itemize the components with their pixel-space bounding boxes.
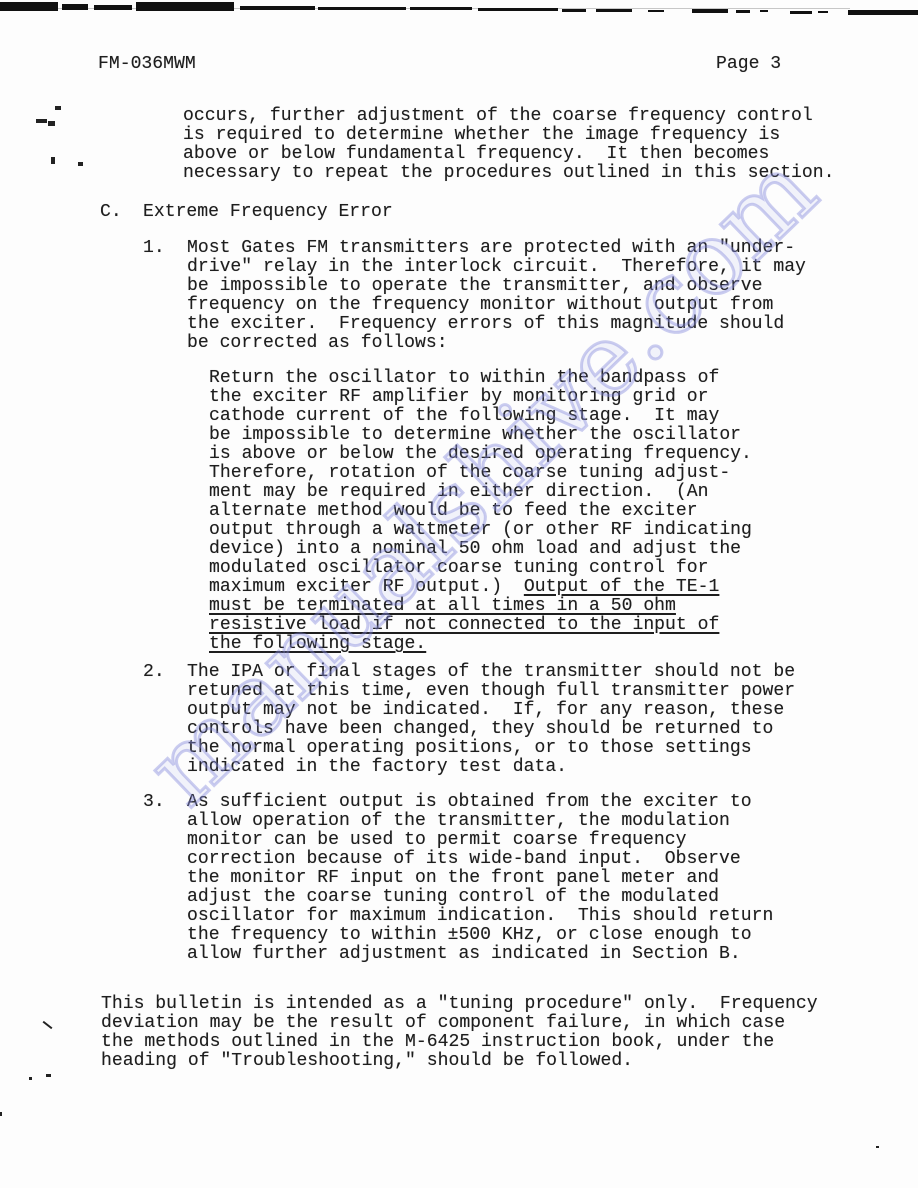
section-marker: C. [100, 203, 122, 222]
intro-paragraph: occurs, further adjustment of the coarse… [183, 107, 834, 183]
item-3-marker: 3. [143, 793, 165, 812]
item-3-text: As sufficient output is obtained from th… [187, 793, 773, 964]
item-1-marker: 1. [143, 239, 165, 258]
item-1-text: Most Gates FM transmitters are protected… [187, 239, 806, 353]
scanned-document-page: FM-036MWM Page 3 occurs, further adjustm… [0, 0, 918, 1188]
procedure-note-body: Return the oscillator to within the band… [209, 368, 752, 597]
document-id: FM-036MWM [98, 55, 196, 74]
closing-paragraph: This bulletin is intended as a "tuning p… [101, 995, 818, 1071]
item-2-marker: 2. [143, 663, 165, 682]
item-2-text: The IPA or final stages of the transmitt… [187, 663, 795, 777]
section-title: Extreme Frequency Error [143, 203, 393, 222]
procedure-note: Return the oscillator to within the band… [209, 369, 752, 654]
page-number: Page 3 [716, 55, 781, 74]
